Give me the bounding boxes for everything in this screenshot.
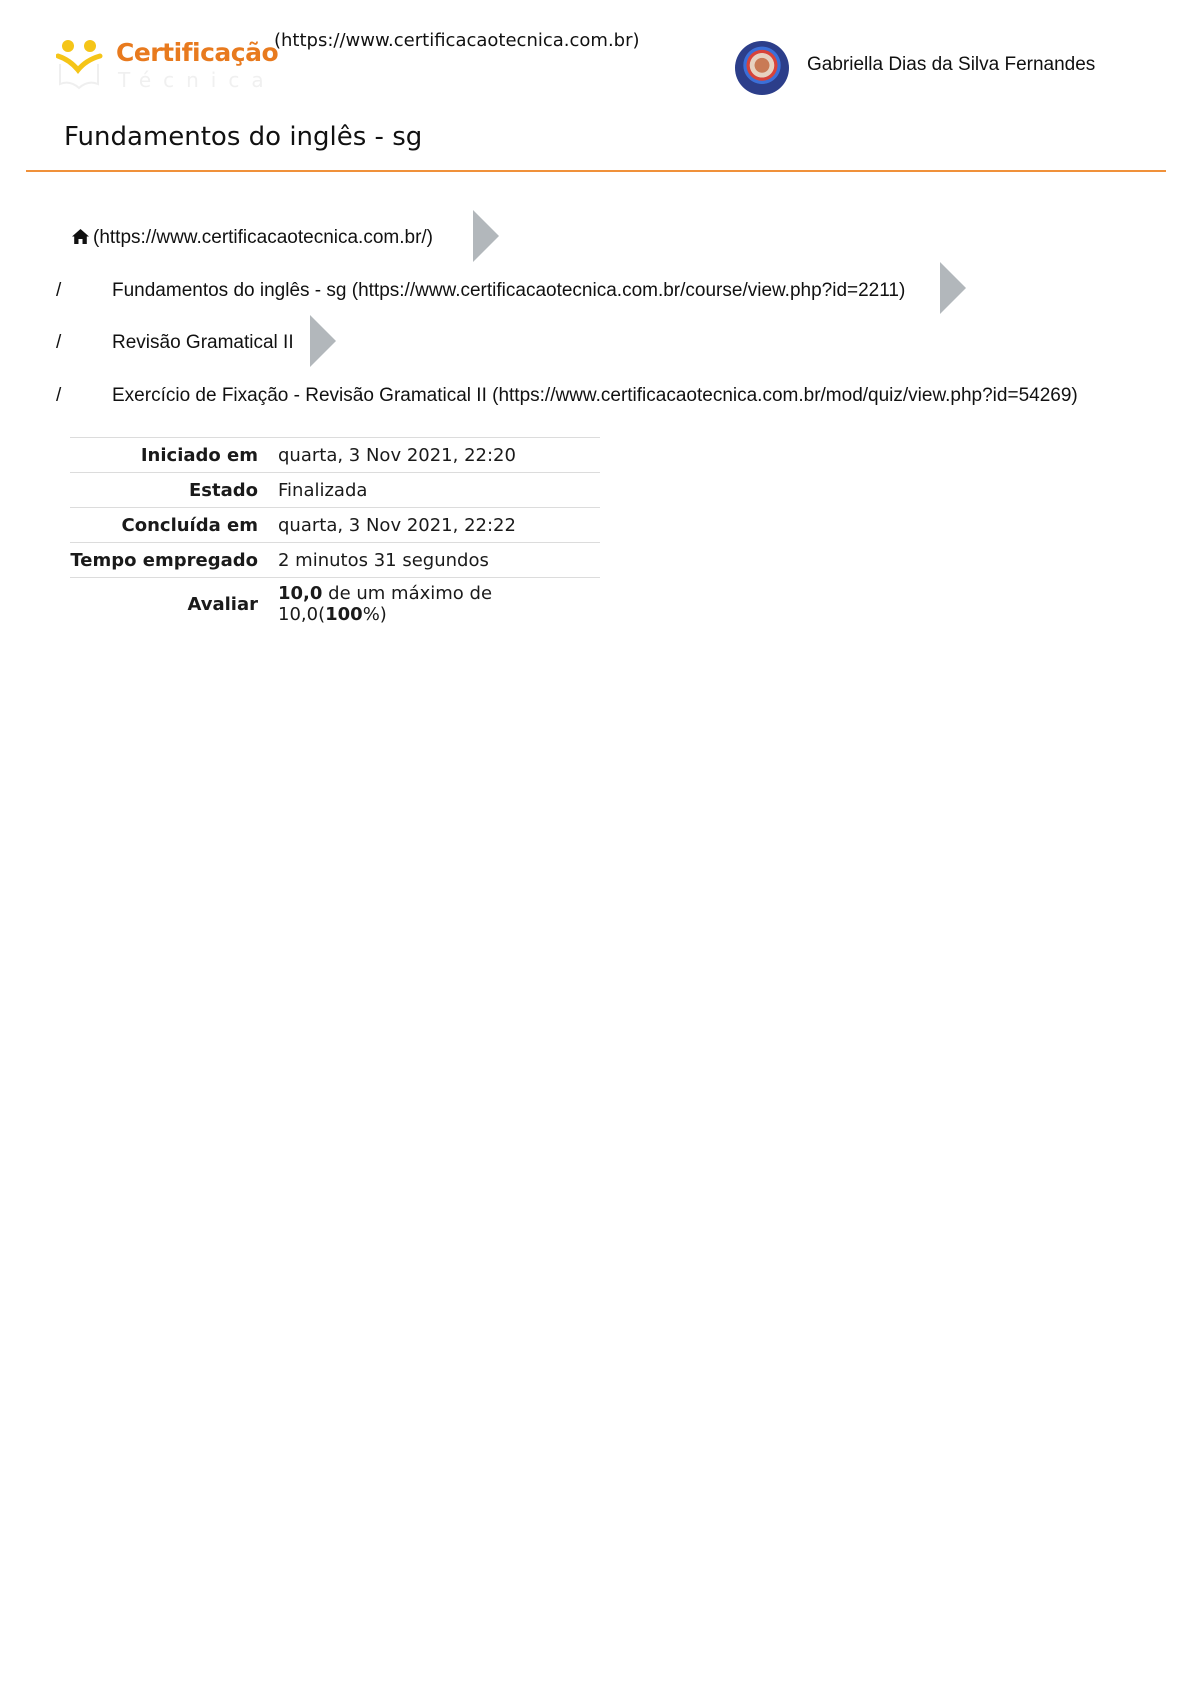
breadcrumb-separator: / [56, 332, 61, 354]
grade-value: 10,0 de um máximo de 10,0(100%) [278, 578, 600, 630]
user-avatar[interactable] [735, 41, 789, 95]
table-row: Concluída em quarta, 3 Nov 2021, 22:22 [70, 508, 600, 543]
row-value: Finalizada [278, 473, 600, 508]
table-row: Iniciado em quarta, 3 Nov 2021, 22:20 [70, 438, 600, 473]
row-value: 2 minutos 31 segundos [278, 543, 600, 578]
grade-suffix: %) [363, 604, 387, 625]
row-value: quarta, 3 Nov 2021, 22:20 [278, 438, 600, 473]
table-row: Tempo empregado 2 minutos 31 segundos [70, 543, 600, 578]
logo-title: Certificação [116, 38, 278, 67]
table-row: Estado Finalizada [70, 473, 600, 508]
breadcrumb-separator: / [56, 280, 61, 302]
user-name[interactable]: Gabriella Dias da Silva Fernandes [807, 54, 1095, 76]
breadcrumb-arrow-icon [940, 262, 966, 314]
title-divider [26, 170, 1166, 172]
breadcrumb-arrow-icon [310, 315, 336, 367]
site-home-link[interactable]: (https://www.certificacaotecnica.com.br) [274, 30, 640, 51]
breadcrumb-section[interactable]: Revisão Gramatical II [112, 332, 294, 354]
breadcrumb-home[interactable]: (https://www.certificacaotecnica.com.br/… [72, 227, 433, 249]
row-label: Concluída em [70, 508, 278, 543]
grade-score: 10,0 [278, 583, 322, 604]
grade-percent: 100 [325, 604, 363, 625]
grade-label: Avaliar [70, 578, 278, 630]
breadcrumb-arrow-icon [473, 210, 499, 262]
breadcrumb-course[interactable]: Fundamentos do inglês - sg (https://www.… [112, 280, 905, 302]
attempt-summary-table: Iniciado em quarta, 3 Nov 2021, 22:20 Es… [70, 437, 600, 629]
breadcrumb-quiz[interactable]: Exercício de Fixação - Revisão Gramatica… [112, 385, 1078, 407]
row-label: Tempo empregado [70, 543, 278, 578]
row-label: Estado [70, 473, 278, 508]
home-icon [72, 229, 89, 244]
page-title: Fundamentos do inglês - sg [64, 122, 422, 152]
row-value: quarta, 3 Nov 2021, 22:22 [278, 508, 600, 543]
breadcrumb-home-label: (https://www.certificacaotecnica.com.br/… [93, 227, 433, 248]
logo-subtitle: Técnica [118, 68, 276, 92]
table-row: Avaliar 10,0 de um máximo de 10,0(100%) [70, 578, 600, 630]
logo-figures-icon [56, 36, 112, 92]
breadcrumb-separator: / [56, 385, 61, 407]
site-logo[interactable]: Certificação Técnica [56, 36, 266, 92]
row-label: Iniciado em [70, 438, 278, 473]
